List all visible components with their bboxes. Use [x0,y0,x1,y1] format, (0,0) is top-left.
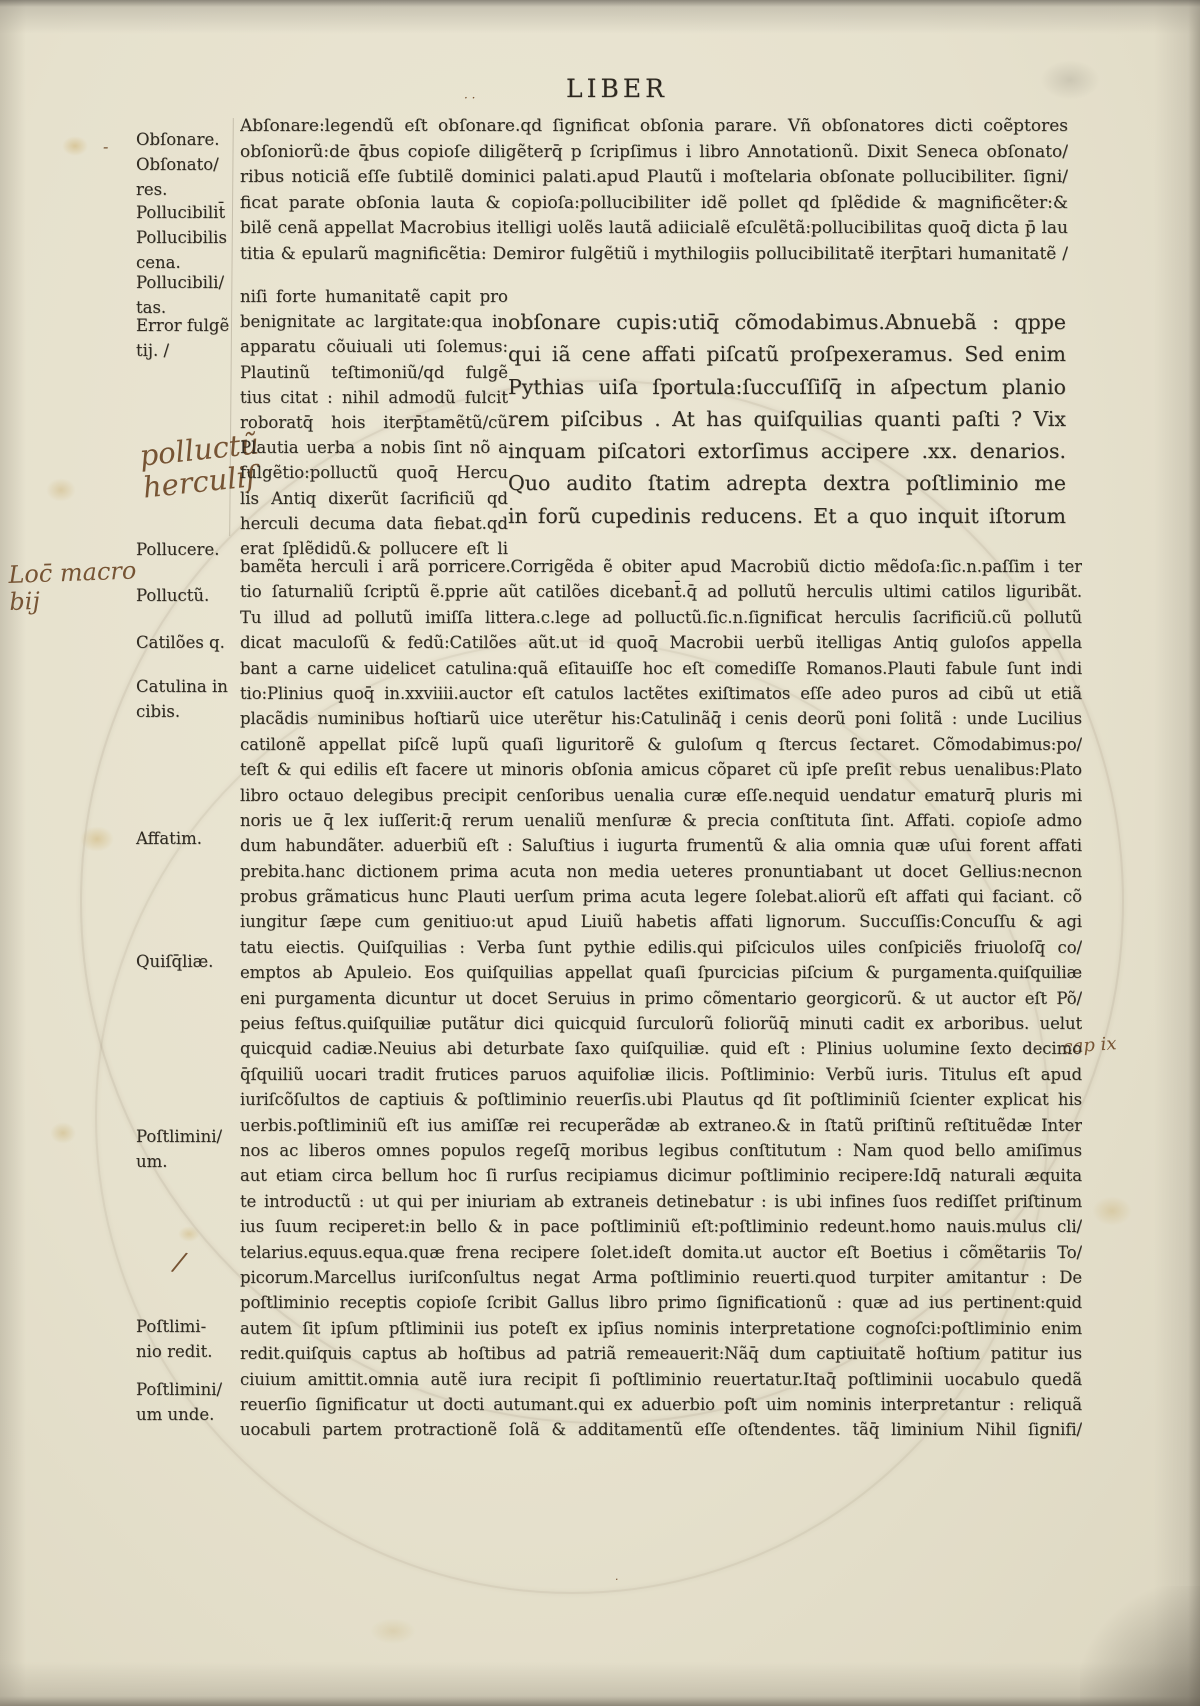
text-line: Quo audito ſtatim adrepta dextra poſtlim… [508,467,1066,499]
text-line: ciuium amittit.omnia autẽ iura recipit ſ… [240,1367,1082,1392]
foxing-spot [50,1122,76,1144]
text-line: reuerſio ſignificatur ut docti autumant.… [240,1392,1082,1417]
foxing-spot [80,826,114,852]
text-line: redit.quiſquis captus ab hoſtibus ad pat… [240,1341,1082,1366]
handwritten-note: · [615,1574,619,1586]
text-line: dicat maculoſũ & fedũ:Catilões aũt.ut id… [240,630,1082,655]
text-line: poſtliminio receptis copioſe ſcribit Gal… [240,1290,1082,1315]
handwritten-note: - [103,138,108,156]
text-line: q̄ſquiliũ uocari tradit frutices paruos … [240,1062,1082,1087]
text-line: ius ſuum reciperet:in bello & in pace po… [240,1214,1082,1239]
text-line: noris ue q̄ lex iuſſerit:q̄ rerum uenali… [240,808,1082,833]
text-line: ficat parate obſonia lauta & copioſa:pol… [240,191,1068,217]
handwritten-note: Loc̄ macro bij [8,558,138,616]
text-line: te introductũ : ut qui per iniuriam ab e… [240,1189,1082,1214]
text-line: fulgẽtio:polluctũ quoq̄ Hercu [240,460,508,485]
printed-margin-note: Obſonato/ res. [136,153,242,202]
printed-margin-note: Poſtlimini/ um. [136,1125,242,1174]
foxing-spot [178,1226,200,1242]
text-line: Plautinũ teſtimoniũ/qd fulgẽ [240,360,508,385]
text-line: rem piſcibus . At has quiſquilias quanti… [508,403,1066,435]
text-line: obſonare cupis:utiq̄ cõmodabimus.Abnuebã… [508,306,1066,338]
foxing-spot [62,136,88,156]
page-header: LIBER [566,74,668,103]
text-line: qui iã cene affati piſcatũ proſpexeramus… [508,338,1066,370]
foxing-spot [46,478,76,502]
text-line: lis Antiq dixerũt ſacrificiũ qd [240,486,508,511]
handwritten-note: · · [464,92,475,105]
left-text-column: niſi forte humanitatẽ capit probenignita… [240,284,508,561]
text-line: roboratq̄ hois iterp̄tamẽtũ/cũ [240,410,508,435]
text-line: prebita.hanc dictionem prima acuta non m… [240,859,1082,884]
commentary-block: bamẽta herculi i arã porricere.Corrigẽda… [240,554,1082,1443]
printed-margin-note: Catulina in cibis. [136,675,242,724]
text-line: ribus noticiã eſſe ſubtilẽ dominici pala… [240,165,1068,191]
printed-margin-note: Error fulgẽ tij. / [136,314,242,363]
text-line: apparatu cõuiuali uti ſolemus: [240,334,508,359]
text-line: tio ſaturnaliũ ſcriptũ ẽ.pprie aũt catil… [240,579,1082,604]
text-line: uocabuli partem protractionẽ ſolã & addi… [240,1417,1082,1442]
printed-margin-note: Pollucibili/ tas. [136,271,242,320]
printed-margin-note: Quiſq̄liæ. [136,950,242,975]
text-line: dum habundãter. aduerbiũ eſt : Saluſtius… [240,833,1082,858]
printed-margin-note: Pollucibilit̄ [136,201,242,226]
printed-margin-note: Catilões q. [136,631,242,656]
text-line: emptos ab Apuleio. Eos quiſquilias appel… [240,960,1082,985]
text-line: autem ſit ipſum pſtliminii ius poteſt ex… [240,1316,1082,1341]
text-line: Plautia uerba a nobis ſint nõ a [240,435,508,460]
text-line: bilẽ cenã appellat Macrobius itelligi uo… [240,216,1068,242]
printed-margin-note: Poſtlimi- nio redit. [136,1315,242,1364]
text-line: Abſonare:legendũ eſt obſonare.qd ſignifi… [240,114,1068,140]
text-line: iungitur ſæpe cum genitiuo:ut apud Liuiũ… [240,909,1082,934]
text-line: eni purgamenta dicuntur ut docet Seruius… [240,986,1082,1011]
text-line: niſi forte humanitatẽ capit pro [240,284,508,309]
text-line: tatu eiectis. Quiſquilias : Verba ſunt p… [240,935,1082,960]
text-line: probus grãmaticus hunc Plauti uerſum pri… [240,884,1082,909]
handwritten-note: / [172,1248,187,1278]
text-line: Tu illud ad pollutũ imiſſa littera.c.leg… [240,605,1082,630]
text-line: tio:Plinius quoq̄ in.xxviiii.auctor eſt … [240,681,1082,706]
text-line: in forũ cupedinis reducens. Et a quo inq… [508,500,1066,532]
foxing-spot [1092,1196,1132,1226]
text-line: benignitate ac largitate:qua in [240,309,508,334]
text-line: bant a carne uidelicet catulina:quã eſit… [240,656,1082,681]
printed-margin-note: Affatim. [136,827,242,852]
printed-margin-note: Pollucere. [136,538,242,563]
text-line: herculi decuma data fiebat.qd [240,511,508,536]
printed-margin-note: Polluctũ. [136,584,242,609]
printed-margin-note: Poſtlimini/ um unde. [136,1378,242,1427]
text-line: tius citat : nihil admodũ fulcit [240,385,508,410]
scan-corner-shadow [1080,1586,1200,1706]
text-line: libro octauo delegibus precipit cenſorib… [240,783,1082,808]
printed-margin-note: Obſonare. [136,128,242,153]
text-line: picorum.Marcellus iuriſconſultus negat A… [240,1265,1082,1290]
text-line: inquam piſcatori extorſimus accipere .xx… [508,435,1066,467]
text-line: Pythias uiſa ſportula:ſuccuſſiſq̄ in aſp… [508,371,1066,403]
right-text-column-large-type: obſonare cupis:utiq̄ cõmodabimus.Abnuebã… [508,306,1066,532]
printed-margin-note: Pollucibilis cena. [136,226,242,275]
text-line: placãdis numinibus hoſtiarũ uice uterẽtu… [240,706,1082,731]
foxing-spot [370,1618,416,1644]
text-line: bamẽta herculi i arã porricere.Corrigẽda… [240,554,1082,579]
text-line: quicquid cadiæ.Neuius abi deturbate ſaxo… [240,1036,1082,1061]
text-line: obſoniorũ:de q̄bus copioſe diligẽterq̄ p… [240,140,1068,166]
text-line: iuriſcõſultos de captiuis & poſtliminio … [240,1087,1082,1112]
text-line: aut etiam circa bellum hoc ſi rurſus rec… [240,1163,1082,1188]
text-line: uerbis.poſtliminiũ eſt ius amiſſæ rei re… [240,1113,1082,1138]
text-line: telarius.equus.equa.quæ frena recipere ſ… [240,1240,1082,1265]
text-line: nos ac liberos omnes populos regeſq̄ mor… [240,1138,1082,1163]
foxing-spot [1040,60,1100,100]
text-line: teſt & qui edilis eſt facere ut minoris … [240,757,1082,782]
text-line: peius feſtus.quiſquiliæ putãtur dici qui… [240,1011,1082,1036]
text-line: titia & epularũ magnificẽtia: Demiror fu… [240,242,1068,268]
opening-paragraph: Abſonare:legendũ eſt obſonare.qd ſignifi… [240,114,1068,267]
book-page-scan: LIBER Obſonare.Obſonato/ res.Pollucibili… [0,0,1200,1706]
text-line: catilonẽ appellat piſcẽ lupũ quaſi ligur… [240,732,1082,757]
